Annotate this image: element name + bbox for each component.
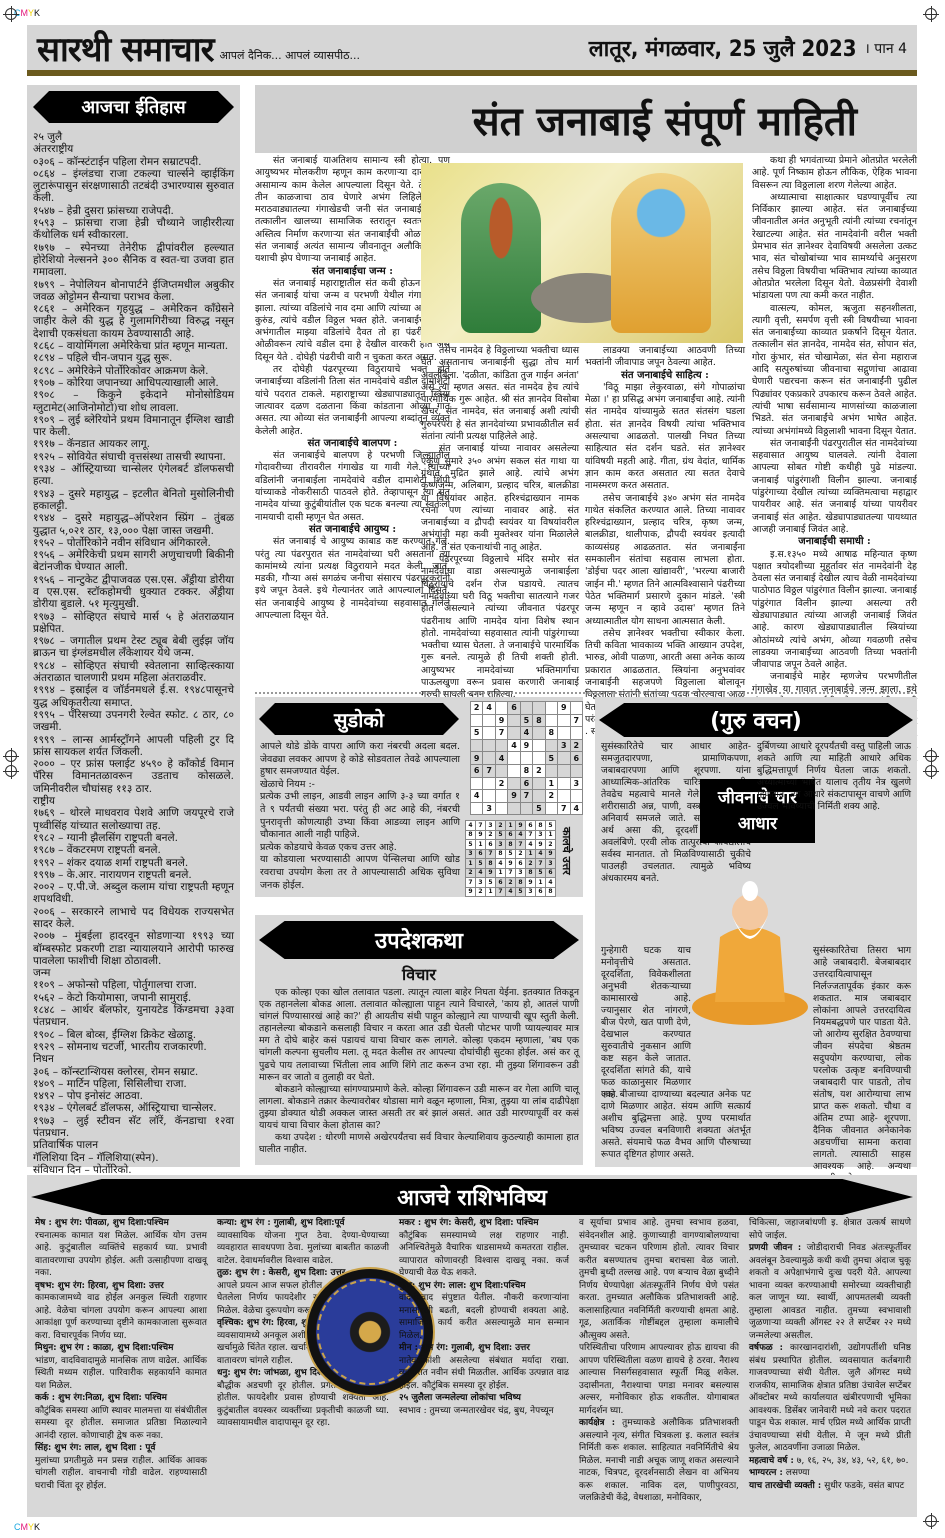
- horoscope-entry: चिकित्सा, जहाजबांधणी इ. क्षेत्रात उत्कर्…: [749, 1217, 911, 1242]
- sudoku-cell[interactable]: [471, 739, 483, 752]
- sudoku-cell: 2: [533, 764, 545, 777]
- history-entry: १९२५ – सोवियेत संघाची वृत्तसंस्था तासची …: [33, 451, 234, 463]
- sudoku-cell: 1: [506, 821, 516, 831]
- guru-text-right-mid: सुसंस्कारितेचा तिसरा भाग आहे जबाबदारी. ब…: [813, 945, 911, 1197]
- sudoku-cell: 6: [476, 849, 486, 859]
- horoscope-sign-heading: कन्या: शुभ रंग : गुलाबी, शुभ दिशा:पूर्व: [217, 1218, 345, 1228]
- sudoku-cell[interactable]: [558, 764, 570, 777]
- sudoku-cell[interactable]: [471, 714, 483, 727]
- sudoku-cell[interactable]: [495, 764, 507, 777]
- history-entry: निधन: [33, 1053, 234, 1065]
- history-entry: १९८२ – ग्यानी झैलसिंग राष्ट्रपती बनले.: [33, 832, 234, 844]
- sudoku-cell: 4: [516, 830, 526, 840]
- sudoku-cell: 6: [506, 830, 516, 840]
- story-moral: कथा उपदेश : धोरणी माणसे अखेरपर्यंतचा सर्…: [259, 1132, 579, 1156]
- history-sidebar: आजचा ईतिहास २५ जुलैअंतरराष्ट्रीय०३०६ – क…: [27, 85, 240, 1167]
- sudoku-cell: 1: [526, 849, 536, 859]
- horoscope-entry: व सूर्याचा प्रभाव आहे. तुमचा स्वभाव हळवा…: [579, 1217, 739, 1342]
- sudoku-cell: 8: [496, 849, 506, 859]
- article-subheading: जनाबाईंची समाधी :: [752, 536, 917, 548]
- sudoku-cell: 2: [546, 840, 556, 850]
- sudoku-cell[interactable]: [471, 777, 483, 790]
- history-entry: १९५२ – पोर्तोरिकोने नवीन संविधान अंगिकार…: [33, 537, 234, 549]
- sudoku-cell: 3: [546, 859, 556, 869]
- sudoku-cell: 8: [526, 868, 536, 878]
- cmyk-marker-bottom: CMYK: [14, 1522, 40, 1532]
- sudoku-cell: 5: [506, 849, 516, 859]
- guru-vachan-section: (गुरु वचन) सुसंस्कारितेचे चार आधार आहेत-…: [595, 697, 917, 1167]
- sudoku-cell[interactable]: [533, 777, 545, 790]
- sudoku-cell: 6: [508, 702, 520, 715]
- sudoku-cell[interactable]: [508, 727, 520, 740]
- sudoku-cell: 1: [466, 859, 476, 869]
- sudoku-cell[interactable]: [520, 752, 532, 765]
- sudoku-cell[interactable]: [495, 790, 507, 803]
- page-number: । पान 4: [865, 39, 907, 58]
- horoscope-text: कारखानदारांशी, उद्योगपतींशी घनिष्ठ संबंध…: [749, 1343, 911, 1453]
- history-entry: ३०६ – कॉन्स्टान्शियस क्लोरस, रोमन सम्राट…: [33, 1066, 234, 1078]
- sudoku-cell: 5: [516, 887, 526, 897]
- sudoku-cell: 7: [506, 868, 516, 878]
- history-entry: १८६८ – वायोमिंगला अमेरिकेचा प्रांत म्हणू…: [33, 340, 234, 352]
- horoscope-text: कौटुंबिक समस्या आणि स्थावर मालमत्ता या स…: [35, 1406, 207, 1441]
- history-entry: १९४३ – दुसरे महायुद्ध – इटलीत बेनितो मुस…: [33, 488, 234, 513]
- sudoku-rule: प्रत्येक कोडयाचे केवळ एकच उत्तर आहे.: [260, 842, 460, 855]
- horoscope-entry: याच तारखेची व्यक्ती : सुधीर फडके, वसंत ब…: [749, 1480, 911, 1493]
- article-column-4: कथा ही भगवंताच्या प्रेमाने ओतप्रोत भरलेल…: [752, 155, 917, 782]
- article-subheading: संत जनाबाईचे साहित्य :: [585, 370, 745, 382]
- horoscope-entry: कुंभ: शुभ रंग: लाल: शुभ दिशा:पश्चिम वाद-…: [399, 1280, 569, 1343]
- history-entry: जन्म: [33, 967, 234, 979]
- registration-mark-icon: [5, 8, 17, 20]
- horoscope-text: चिकित्सा, जहाजबांधणी इ. क्षेत्रात उत्कर्…: [749, 1218, 911, 1241]
- history-entry: २००६ – सरकारने लाभाचे पद विधेयक राज्यसभे…: [33, 906, 234, 931]
- sudoku-cell[interactable]: [545, 714, 557, 727]
- history-entry: १९८४ – सोव्हिएत संघाची स्वेतलाना साव्हित…: [33, 660, 234, 685]
- newspaper-tagline: आपलं दैनिक... आपलं व्यासपीठ...: [220, 48, 361, 63]
- history-entry: राष्ट्रीय: [33, 795, 234, 807]
- janabai-figure-icon: [461, 183, 541, 333]
- sudoku-cell: 6: [570, 752, 583, 765]
- sudoku-cell[interactable]: [545, 802, 557, 815]
- sudoku-cell: 2: [496, 821, 506, 831]
- sudoku-cell: 5: [471, 727, 483, 740]
- sudoku-cell: 9: [516, 821, 526, 831]
- sudoku-cell: 8: [536, 821, 546, 831]
- sudoku-cell[interactable]: [483, 752, 495, 765]
- horoscope-text: भांडण, वादविवादामुळे मानसिक ताण वाढेल. आ…: [35, 1356, 207, 1391]
- sudoku-cell: 7: [536, 859, 546, 869]
- sudoku-cell: 2: [506, 878, 516, 888]
- horoscope-entry: मीन : शुभ रंग: गुलाबी, शुभ दिशा: उत्तर न…: [399, 1342, 569, 1392]
- sudoku-cell: 8: [546, 887, 556, 897]
- sudoku-section: सुडोको आपले थोडे डोके वापरा आणि करा नंबर…: [255, 697, 583, 897]
- history-entry: १५४७ – हेन्री दुसरा फ्रांसच्या राजेपदी.: [33, 205, 234, 217]
- horoscope-entry: वर्षफळ : कारखानदारांशी, उद्योगपतींशी घनि…: [749, 1342, 911, 1455]
- history-entry: ०८६४ – इंग्लंडचा राजा टकल्या चार्ल्सने व…: [33, 168, 234, 205]
- horoscope-sign-heading: कार्यक्षेत्र :: [579, 1418, 622, 1428]
- history-entry: १९४४ – दुसरे महायुद्ध–ऑपरेशन स्प्रिंग – …: [33, 512, 234, 537]
- article-paragraph: कथा ही भगवंताच्या प्रेमाने ओतप्रोत भरलेल…: [752, 155, 917, 192]
- cmyk-marker-top: CMYK: [14, 8, 40, 18]
- sudoku-cell[interactable]: [483, 727, 495, 740]
- horoscope-text: व्यावसायिक योजना गुप्त ठेवा. देण्या-घेण्…: [217, 1231, 389, 1266]
- horoscope-sign-heading: प्रणयी जीवन :: [749, 1243, 807, 1253]
- horoscope-sign-heading: कर्क : शुभ रंग:निळा, शुभ दिशा: पश्चिम: [35, 1393, 167, 1403]
- sudoku-puzzle-grid: 246995875748493294566782261349723574: [470, 701, 583, 815]
- sudoku-cell[interactable]: [533, 727, 545, 740]
- sudoku-cell: 9: [476, 830, 486, 840]
- sudoku-cell: 6: [546, 868, 556, 878]
- sudoku-cell: 8: [486, 859, 496, 869]
- sudoku-cell[interactable]: [508, 714, 520, 727]
- history-entry: २००७ – मुंबईला हादरवून सोडणाऱ्या १९९३ च्…: [33, 930, 234, 967]
- history-entry: १८६१ – अमेरिकन गृहयुद्ध – अमेरिकन कॉंग्र…: [33, 303, 234, 340]
- horoscope-text: सुधीर फडके, वसंत बापट: [824, 1481, 904, 1491]
- sudoku-cell[interactable]: [570, 702, 583, 715]
- article-paragraph: तसेच जनाबाईचे ३४० अभंग संत नामदेव गाथेत …: [585, 493, 745, 628]
- horoscope-sign-heading: मकर : शुभ रंग: केसरी, शुभ दिशा: पश्चिम: [399, 1218, 539, 1228]
- sudoku-cell: 4: [508, 739, 520, 752]
- sudoku-cell[interactable]: [495, 739, 507, 752]
- horoscope-entry: वृषभ: शुभ रंग: हिरवा, शुभ दिशा: उत्तर का…: [35, 1280, 207, 1343]
- horoscope-sign-heading: याच तारखेची व्यक्ती :: [749, 1481, 824, 1491]
- sudoku-cell: 7: [466, 878, 476, 888]
- history-entry: १८९८ – अमेरिकेने पोर्तोरिकोवर आक्रमण केल…: [33, 365, 234, 377]
- history-entry: १८९४ – पहिले चीन-जपान युद्ध सुरू.: [33, 352, 234, 364]
- sudoku-cell: 4: [466, 821, 476, 831]
- history-entry: १९०८ – किकुने इकेदाने मोनोसोडियम ग्लुटाम…: [33, 389, 234, 414]
- history-list: २५ जुलैअंतरराष्ट्रीय०३०६ – कॉन्स्टंटाईन …: [33, 131, 234, 1189]
- sudoku-cell: 8: [545, 727, 557, 740]
- history-entry: १९९२ – शंकर दयाळ शर्मा राष्ट्रपती बनले.: [33, 857, 234, 869]
- sudoku-cell: 6: [536, 887, 546, 897]
- sudoku-cell[interactable]: [483, 714, 495, 727]
- sudoku-cell: 6: [486, 840, 496, 850]
- article-paragraph: संत जनाबाईंनी पंढरपुरातील संत नामदेवांच्…: [752, 438, 917, 536]
- horoscope-sign-heading: तुळ: शुभ रंग : केसरी, शुभ दिशा: उत्तर: [217, 1268, 345, 1278]
- history-entry: १९९४ – इस्राईल व जॉर्डनमधले ई.स. १९४८पास…: [33, 684, 234, 709]
- sudoku-cell: 1: [536, 878, 546, 888]
- sudoku-cell[interactable]: [558, 752, 570, 765]
- sudoku-cell: 1: [486, 887, 496, 897]
- sudoku-cell: 5: [545, 752, 557, 765]
- horoscope-text: नातेवाईकांशी असलेल्या संबंधात मर्यादा रा…: [399, 1356, 569, 1391]
- history-entry: १९५६ – नान्टुकेट द्वीपाजवळ एस.एस. अँड्री…: [33, 574, 234, 611]
- registration-mark-icon: [5, 750, 17, 762]
- sudoku-cell: 6: [526, 821, 536, 831]
- sudoku-cell: 9: [495, 714, 507, 727]
- horoscope-section: आजचे राशिभविष्य मेष : शुभ रंग: पीवळा, शु…: [27, 1175, 917, 1517]
- article-paragraph: इ.स.१३५० मध्ये आषाढ महिन्यात कृष्ण पक्षा…: [752, 549, 917, 672]
- history-entry: १९७८ – जगातील प्रथम टेस्ट ट्यूब बेबी लुई…: [33, 635, 234, 660]
- horoscope-entry: महत्वाचे वर्ष : ७, १६, २५, ३४, ४३, ५२, ६…: [749, 1455, 911, 1468]
- newspaper-name: सारथी समाचार: [37, 25, 214, 71]
- upadesh-katha-section: उपदेशकथा विचार एक कोल्हा एका खोल तलावात …: [255, 915, 583, 1165]
- sudoku-rule: या कोडयाला भरण्यासाठी आपण पेन्सिलचा आणि …: [260, 854, 460, 892]
- sudoku-cell[interactable]: [483, 790, 495, 803]
- sudoku-rule: प्रत्येक उभी लाइन, आडवी लाइन आणि ३-३ च्य…: [260, 791, 460, 841]
- history-entry: १९०८ – बिल बोव्स, ईंग्लिश क्रिकेट खेळाडू…: [33, 1029, 234, 1041]
- sudoku-cell[interactable]: [483, 777, 495, 790]
- horoscope-sign-heading: मिथुन: शुभ रंग : काळा, शुभ दिशा:पश्चिम: [35, 1343, 173, 1353]
- sudoku-cell: 4: [495, 752, 507, 765]
- sudoku-cell: 5: [533, 802, 545, 815]
- sudoku-cell: 8: [533, 714, 545, 727]
- sudoku-cell: 7: [476, 821, 486, 831]
- horoscope-entry: २५ जुलैला जन्मलेल्या लोकांचा भविष्य स्वभ…: [399, 1392, 569, 1417]
- sudoku-cell: 7: [495, 727, 507, 740]
- registration-mark-icon: [925, 1515, 937, 1527]
- history-entry: १४९२ – पोप इनोसंट आठवा.: [33, 1090, 234, 1102]
- sudoku-cell: 7: [496, 887, 506, 897]
- history-entry: १९९५ – पॅरिसच्या उपनगरी रेल्वेत स्फोट. ८…: [33, 709, 234, 734]
- horoscope-text: जोडीदाराची निवड अंतःस्फूर्तीवर अवलंबून ठ…: [749, 1243, 911, 1341]
- sudoku-cell: 1: [546, 830, 556, 840]
- horoscope-title: आजचे राशिभविष्य: [31, 1179, 913, 1215]
- registration-mark-icon: [925, 765, 937, 777]
- sudoku-cell: 2: [526, 859, 536, 869]
- article-paragraph: अध्यात्माचा साक्षात्कार घडण्यापूर्वीच त्…: [752, 192, 917, 303]
- horoscope-entry: कर्क : शुभ रंग:निळा, शुभ दिशा: पश्चिम कौ…: [35, 1392, 207, 1442]
- horoscope-sign-heading: वर्षफळ :: [749, 1343, 790, 1353]
- sudoku-cell: 3: [516, 868, 526, 878]
- history-entry: १९३४ – ऑस्ट्रियाच्या चान्सेलर एंगेलबर्ट …: [33, 463, 234, 488]
- horoscope-text: रचनात्मक कामात यश मिळेल. आर्थिक योग उत्त…: [35, 1231, 207, 1279]
- sudoku-cell[interactable]: [495, 702, 507, 715]
- article-paragraph: 'विठू माझा लेकुरवाळा, संगे गोपाळांचा मेळ…: [585, 382, 745, 493]
- sudoku-cell: 7: [486, 849, 496, 859]
- horoscope-entry: मेष : शुभ रंग: पीवळा, शुभ दिशा:पश्चिम रच…: [35, 1217, 207, 1280]
- sudoku-cell[interactable]: [483, 739, 495, 752]
- sudoku-cell: 8: [520, 764, 532, 777]
- horoscope-sign-heading: कुंभ: शुभ रंग: लाल: शुभ दिशा:पश्चिम: [399, 1281, 526, 1291]
- sudoku-cell[interactable]: [545, 702, 557, 715]
- horoscope-column-4: व सूर्याचा प्रभाव आहे. तुमचा स्वभाव हळवा…: [579, 1217, 739, 1505]
- article-paragraph: तसेच नामदेव हे विठ्ठलाच्या भक्तीचा ध्यास…: [421, 345, 579, 443]
- article-column-3: लाडक्या जनाबाईच्या आठवणी तिच्या भक्तांनी…: [585, 345, 745, 739]
- sudoku-cell: 4: [496, 859, 506, 869]
- horoscope-text: परिस्थितीचा परिणाम आपल्यावर होऊ द्यायचा …: [579, 1343, 739, 1416]
- sudoku-cell: 2: [495, 777, 507, 790]
- article-paragraph: पंढरपूरच्या विठ्ठलाचे मंदिर समोर संत नाम…: [421, 554, 579, 702]
- history-entry: १९३४ – एंगेलबर्ट डॉलफस, ऑस्ट्रियाचा चान्…: [33, 1102, 234, 1114]
- sudoku-cell[interactable]: [520, 802, 532, 815]
- sudoku-cell: 7: [570, 714, 583, 727]
- vitthal-figure-icon: [611, 173, 711, 333]
- sudoku-cell: 4: [483, 702, 495, 715]
- sudoku-cell[interactable]: [558, 790, 570, 803]
- horoscope-text: ७, १६, २५, ३४, ४३, ५२, ६१, ७०.: [797, 1456, 909, 1466]
- sudoku-cell: 7: [516, 840, 526, 850]
- history-entry: १९०९ – लुई ब्लेरियोने प्रथम विमानातून ईं…: [33, 414, 234, 439]
- sudoku-cell[interactable]: [533, 790, 545, 803]
- article-paragraph: संत जनाबाई यांच्या नावावर असलेल्या एकूण …: [421, 443, 579, 554]
- sudoku-cell[interactable]: [545, 764, 557, 777]
- sudoku-cell: 4: [520, 727, 532, 740]
- sudoku-cell: 9: [558, 702, 570, 715]
- registration-mark-icon: [925, 750, 937, 762]
- horoscope-text: कौटुंबिक समस्यामध्ये लक्ष राहणार नाही. अ…: [399, 1231, 569, 1279]
- masthead: सारथी समाचार आपलं दैनिक... आपलं व्यासपीठ…: [27, 25, 917, 71]
- answer-label: कालचे उत्तर: [559, 827, 574, 875]
- horoscope-entry: सिंह: शुभ रंग: लाल, शुभ दिशा : पूर्व मुल…: [35, 1442, 207, 1492]
- sudoku-cell: 6: [471, 764, 483, 777]
- sudoku-cell: 8: [466, 830, 476, 840]
- sudoku-cell[interactable]: [495, 802, 507, 815]
- history-entry: २५ जुलै: [33, 131, 234, 143]
- history-entry: १७९७ – स्पेनच्या तेनेरीफ द्वीपांवरील हल्…: [33, 242, 234, 279]
- horoscope-entry: मकर : शुभ रंग: केसरी, शुभ दिशा: पश्चिम क…: [399, 1217, 569, 1280]
- sage-icon: [690, 877, 810, 1027]
- sudoku-cell[interactable]: [558, 777, 570, 790]
- guru-text-left-bottom: एका बीजाच्या दाण्याच्या बदल्यात अनेक पट …: [601, 1089, 751, 1161]
- horoscope-sign-heading: २५ जुलैला जन्मलेल्या लोकांचा भविष्य: [399, 1393, 521, 1403]
- history-entry: प्रतिवार्षिक पालन: [33, 1139, 234, 1151]
- horoscope-entry: मिथुन: शुभ रंग : काळा, शुभ दिशा:पश्चिम भ…: [35, 1342, 207, 1392]
- sudoku-cell: 3: [558, 739, 570, 752]
- sudoku-cell: 4: [526, 840, 536, 850]
- sudoku-cell: 4: [570, 802, 583, 815]
- sudoku-rules-heading: खेळाचे नियम :-: [260, 779, 460, 792]
- registration-mark-icon: [5, 765, 17, 777]
- sudoku-cell: 3: [476, 878, 486, 888]
- sudoku-cell: 2: [476, 887, 486, 897]
- registration-mark-icon: [925, 8, 937, 20]
- history-entry: अंतरराष्ट्रीय: [33, 143, 234, 155]
- sudoku-cell: 3: [496, 840, 506, 850]
- story-paragraph: बोकडाने कोल्ह्याच्या सांगण्याप्रमाणे केल…: [259, 1084, 579, 1132]
- dateline: लातूर, मंगळवार, 25 जुलै 2023: [589, 33, 857, 63]
- sudoku-cell[interactable]: [533, 702, 545, 715]
- horoscope-text: व सूर्याचा प्रभाव आहे. तुमचा स्वभाव हळवा…: [579, 1218, 739, 1341]
- sudoku-cell: 3: [536, 830, 546, 840]
- sudoku-cell[interactable]: [471, 802, 483, 815]
- sudoku-cell: 3: [570, 777, 583, 790]
- history-entry: गॅलिशिया दिन – गॅलिशिया(स्पेन).: [33, 1152, 234, 1164]
- sudoku-cell: 4: [546, 878, 556, 888]
- sudoku-cell: 8: [506, 840, 516, 850]
- sudoku-cell: 6: [496, 878, 506, 888]
- sudoku-cell[interactable]: [533, 739, 545, 752]
- story-paragraph: एक कोल्हा एका खोल तलावात पडला. त्यातून त…: [259, 987, 579, 1084]
- sudoku-cell: 7: [483, 764, 495, 777]
- history-entry: १७९९ – नेपोलियन बोनापार्टने ईजिप्तमधील अ…: [33, 279, 234, 304]
- sudoku-cell: 9: [546, 849, 556, 859]
- horoscope-sign-heading: मीन : शुभ रंग: गुलाबी, शुभ दिशा: उत्तर: [399, 1343, 530, 1353]
- sudoku-cell[interactable]: [558, 714, 570, 727]
- horoscope-sign-heading: भाग्यरत्न :: [749, 1468, 786, 1478]
- horoscope-column-5: चिकित्सा, जहाजबांधणी इ. क्षेत्रात उत्कर्…: [749, 1217, 911, 1492]
- sudoku-cell[interactable]: [508, 777, 520, 790]
- horoscope-entry: कार्यक्षेत्र : तुमच्याकडे अलौकिक प्रतिभा…: [579, 1417, 739, 1505]
- sudoku-cell[interactable]: [570, 790, 583, 803]
- article-title: संत जनाबाई संपूर्ण माहिती: [255, 85, 917, 153]
- sudoku-title: सुडोको: [259, 703, 459, 735]
- sudoku-cell: 6: [520, 777, 532, 790]
- sudoku-cell: 9: [520, 739, 532, 752]
- article-image: [421, 163, 743, 343]
- sudoku-cell: 9: [471, 752, 483, 765]
- history-entry: १९९७ – के.आर. नारायणन राष्ट्रपती बनले.: [33, 869, 234, 881]
- sudoku-cell: 9: [486, 868, 496, 878]
- horoscope-text: मुलांच्या प्रगतीमुळे मन प्रसन्न राहील. आ…: [35, 1456, 207, 1491]
- sudoku-cell: 9: [508, 790, 520, 803]
- sudoku-cell[interactable]: [570, 727, 583, 740]
- upadesh-subtitle: विचार: [259, 963, 579, 985]
- sudoku-cell: 9: [466, 887, 476, 897]
- horoscope-entry: प्रणयी जीवन : जोडीदाराची निवड अंतःस्फूर्…: [749, 1242, 911, 1342]
- sudoku-cell: 4: [506, 887, 516, 897]
- horoscope-entry: कन्या: शुभ रंग : गुलाबी, शुभ दिशा:पूर्व …: [217, 1217, 389, 1267]
- horoscope-sign-heading: सिंह: शुभ रंग: लाल, शुभ दिशा : पूर्व: [35, 1443, 155, 1453]
- history-entry: १४०९ – मार्टिन पहिला, सिसिलीचा राजा.: [33, 1078, 234, 1090]
- sudoku-cell[interactable]: [508, 752, 520, 765]
- sudoku-cell[interactable]: [508, 764, 520, 777]
- horoscope-entry: परिस्थितीचा परिणाम आपल्यावर होऊ द्यायचा …: [579, 1342, 739, 1417]
- sudoku-cell: 9: [536, 840, 546, 850]
- sudoku-cell: 7: [558, 802, 570, 815]
- sudoku-cell: 4: [536, 849, 546, 859]
- horoscope-column-1: मेष : शुभ रंग: पीवळा, शुभ दिशा:पश्चिम रच…: [35, 1217, 207, 1492]
- sudoku-cell: 2: [545, 790, 557, 803]
- article-column-2: तसेच नामदेव हे विठ्ठलाच्या भक्तीचा ध्यास…: [421, 345, 579, 726]
- sudoku-cell[interactable]: [570, 764, 583, 777]
- sudoku-cell: 1: [476, 840, 486, 850]
- sudoku-cell[interactable]: [533, 752, 545, 765]
- history-entry: १५९३ – फ्रांसचा राजा हेन्री चौथ्याने जाह…: [33, 217, 234, 242]
- horoscope-sign-heading: वृषभ: शुभ रंग: हिरवा, शुभ दिशा: उत्तर: [35, 1281, 164, 1291]
- sudoku-cell: 3: [486, 821, 496, 831]
- history-entry: २००२ – ए.पी.जे. अब्दुल कलाम यांचा राष्ट्…: [33, 881, 234, 906]
- sudoku-cell: 6: [516, 859, 526, 869]
- history-title: आजचा ईतिहास: [33, 91, 234, 123]
- history-entry: १९८७ – वेंकटरमण राष्ट्रपती बनले.: [33, 844, 234, 856]
- sudoku-cell[interactable]: [545, 739, 557, 752]
- history-entry: १९१७ – कॅनडात आयकर लागू.: [33, 438, 234, 450]
- sudoku-cell[interactable]: [520, 702, 532, 715]
- sudoku-cell[interactable]: [508, 802, 520, 815]
- sudoku-cell: 1: [496, 868, 506, 878]
- sudoku-cell: 5: [466, 840, 476, 850]
- sudoku-cell: 7: [520, 790, 532, 803]
- sudoku-cell: 5: [520, 714, 532, 727]
- sudoku-cell: 9: [506, 859, 516, 869]
- history-entry: १९२९ – सोमनाथ चटर्जी, भारतीय राजकारणी.: [33, 1041, 234, 1053]
- article-paragraph: वात्सल्य, कोमल, ऋजुता सहनशीलता, त्यागी व…: [752, 303, 917, 438]
- sudoku-cell: 5: [546, 821, 556, 831]
- guru-text-right: दुर्बिणच्या आधारे दूरपर्यंतची वस्तु पाहि…: [757, 741, 911, 813]
- history-entry: १९७३ – लुई स्टीवन सॅट लॉरें, कॅनडाचा १२व…: [33, 1115, 234, 1140]
- sudoku-cell[interactable]: [558, 727, 570, 740]
- sudoku-instructions: आपले थोडे डोके वापरा आणि करा नंबरची अदला…: [260, 741, 460, 892]
- history-entry: १७६९ – थोरले माधवराव पेशवे आणि जयपूरचे र…: [33, 807, 234, 832]
- horoscope-entry: भाग्यरत्न : लसण्या: [749, 1467, 911, 1480]
- sudoku-cell: 2: [471, 702, 483, 715]
- history-entry: १८४८ – आर्थर बॅलफोर, युनायटेड किंग्डमचा …: [33, 1004, 234, 1029]
- horoscope-text: स्वभाव : तुमच्या जन्मतारखेवर चंद्र, बुध,…: [399, 1406, 554, 1416]
- article-paragraph: लाडक्या जनाबाईच्या आठवणी तिच्या भक्तांनी…: [585, 345, 745, 370]
- sudoku-cell: 1: [545, 777, 557, 790]
- history-entry: १९७३ – सोव्हिएत संघाचे मार्स ५ हे अंतराळ…: [33, 611, 234, 636]
- history-entry: १९०७ – कोरिया जपानच्या आधिपत्याखाली आले.: [33, 377, 234, 389]
- sudoku-intro: आपले थोडे डोके वापरा आणि करा नंबरची अदला…: [260, 741, 460, 779]
- sudoku-cell: 8: [516, 878, 526, 888]
- sudoku-cell: 5: [486, 878, 496, 888]
- sudoku-cell: 4: [476, 868, 486, 878]
- upadesh-story: एक कोल्हा एका खोल तलावात पडला. त्यातून त…: [259, 987, 579, 1156]
- horoscope-text: लसण्या: [786, 1468, 810, 1478]
